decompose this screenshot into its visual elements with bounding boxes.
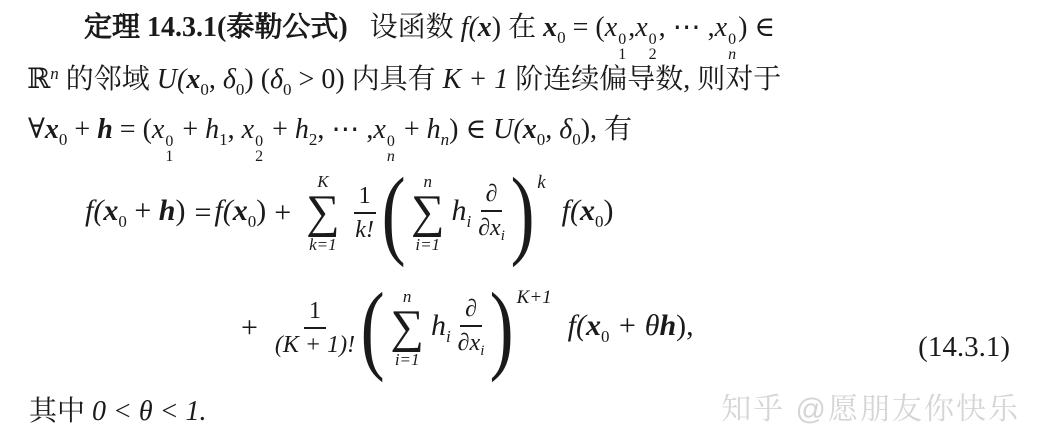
partial-derivative-fraction: ∂∂xi <box>458 296 485 360</box>
forall-symbol: ∀ <box>28 114 45 145</box>
math-token: 0 <box>255 134 263 149</box>
sigma-icon: ∑ <box>411 190 445 235</box>
math-token: h <box>659 309 676 342</box>
sum-lower-limit: i=1 <box>415 236 440 253</box>
math-token: n <box>728 47 736 62</box>
math-token: + <box>175 114 205 145</box>
sum-lower-limit: i=1 <box>395 351 420 368</box>
math-token: n <box>441 130 450 149</box>
math-token: h <box>295 114 309 145</box>
math-token: x <box>605 12 617 43</box>
math-token: 0 <box>649 32 657 47</box>
math-token: x <box>543 12 557 43</box>
math-token: f( <box>461 12 478 43</box>
h-i-term: hi <box>451 194 471 232</box>
math-token: x <box>715 12 727 43</box>
equation-number: (14.3.1) <box>918 331 1010 364</box>
math-token: x <box>478 12 492 43</box>
text-fragment: 其中 <box>29 396 92 427</box>
math-token: ), <box>581 114 604 145</box>
math-token: 0 <box>572 130 581 149</box>
math-token: 0 <box>283 80 292 99</box>
math-token: 0 <box>618 32 626 47</box>
big-right-paren: ) <box>490 287 514 369</box>
theorem-condition-line: 其中 0 < θ < 1. <box>29 394 207 430</box>
text-fragment: 设函数 <box>370 12 461 43</box>
math-token: h <box>431 309 446 342</box>
text-fragment: 有 <box>604 114 632 145</box>
math-token: x <box>45 114 59 145</box>
reals-symbol: ℝ <box>27 64 50 95</box>
math-token: + <box>265 114 295 145</box>
sum-i-symbol: n∑i=1 <box>411 173 445 253</box>
supsub-stack: 02 <box>255 134 263 164</box>
math-token: > 0) <box>292 64 352 95</box>
fraction-1-over-K1-factorial: 1(K + 1)! <box>275 298 355 359</box>
supsub-stack: 0n <box>728 32 736 62</box>
math-token: h <box>451 194 466 227</box>
math-token: + <box>127 194 159 227</box>
math-token: h <box>159 194 176 227</box>
math-token: x <box>635 12 647 43</box>
math-token: ) <box>449 114 465 145</box>
math-token: i <box>466 212 471 231</box>
math-token: x <box>580 194 595 227</box>
math-token: ∂x <box>458 330 481 356</box>
math-token: ), <box>676 309 694 342</box>
math-token: ) <box>492 12 508 43</box>
math-token: , ⋯ , <box>659 12 715 43</box>
math-token: 0 <box>165 134 173 149</box>
math-token: 2 <box>255 149 263 164</box>
math-token: + <box>397 114 427 145</box>
big-left-paren: ( <box>361 287 385 369</box>
math-token: f( <box>214 194 232 227</box>
math-token: i <box>501 228 505 244</box>
math-token: 1 <box>165 149 173 164</box>
math-token: x <box>586 309 601 342</box>
math-token: ) <box>738 12 754 43</box>
math-token: 1 <box>219 130 228 149</box>
math-token: 0 <box>728 32 736 47</box>
plus-sign: + <box>274 196 291 230</box>
numerator: 1 <box>354 183 376 214</box>
math-token: 0 <box>387 134 395 149</box>
text-fragment: 内具有 <box>352 64 443 95</box>
math-token: δ <box>223 64 236 95</box>
math-token: 2 <box>649 47 657 62</box>
math-token: n <box>50 64 59 83</box>
sigma-icon: ∑ <box>390 305 424 350</box>
sum-lower-limit: k=1 <box>309 236 337 253</box>
math-token: , <box>209 64 223 95</box>
math-token: 0 <box>200 80 209 99</box>
math-token: ) <box>175 194 185 227</box>
denominator: ∂xi <box>458 327 485 360</box>
remainder-term: f(x0 + θh), <box>568 309 694 347</box>
theorem-line-2: ℝn 的邻域 U(x0, δ0) (δ0 > 0) 内具有 K + 1 阶连续偏… <box>27 62 781 101</box>
sum-k-symbol: K∑k=1 <box>306 173 340 253</box>
math-token: 0 <box>557 28 566 47</box>
math-token: 0 <box>601 327 610 346</box>
supsub-stack: 02 <box>649 32 657 62</box>
denominator: ∂xi <box>478 212 505 245</box>
math-token: x <box>103 194 118 227</box>
math-token: x <box>152 114 164 145</box>
text-fragment: 的邻域 <box>59 64 157 95</box>
math-token: U( <box>157 64 187 95</box>
math-token: x <box>373 114 385 145</box>
math-token: ) <box>603 194 613 227</box>
math-token: = ( <box>113 114 152 145</box>
zhihu-watermark: 知乎 @愿朋友你快乐 <box>721 384 1020 428</box>
element-of-symbol: ∈ <box>754 12 775 43</box>
textbook-page: 定理 14.3.1(泰勒公式)设函数 f(x) 在 x0 = (x01,x02,… <box>0 0 1048 444</box>
math-token: x <box>523 114 537 145</box>
h-i-term: hi <box>431 309 451 347</box>
math-token: + <box>67 114 97 145</box>
math-token: x <box>233 194 248 227</box>
exponent-k: k <box>537 172 545 194</box>
exponent-K-plus-1: K+1 <box>517 287 552 309</box>
math-token: f( <box>568 309 586 342</box>
equation-line-1: f(x0 + h) = f(x0) + K∑k=1 1k! ( n∑i=1 hi… <box>85 172 613 254</box>
partial-derivative-fraction: ∂∂xi <box>478 181 505 245</box>
text-fragment: 阶连续偏导数, 则对于 <box>508 64 781 95</box>
numerator: ∂ <box>481 181 503 212</box>
math-token: K + 1 <box>443 64 509 95</box>
equation-lhs: f(x0 + h) <box>85 194 185 232</box>
math-token: x <box>242 114 254 145</box>
math-token: i <box>480 343 484 359</box>
math-token: h <box>97 114 113 145</box>
math-token: , <box>545 114 559 145</box>
math-token: ) <box>244 64 260 95</box>
supsub-stack: 01 <box>618 32 626 62</box>
fraction-1-over-k-factorial: 1k! <box>354 183 376 244</box>
math-token: , ⋯ , <box>317 114 373 145</box>
math-token: δ <box>270 64 283 95</box>
f-x0-term: f(x0) <box>214 194 266 232</box>
sigma-icon: ∑ <box>306 190 340 235</box>
element-of-symbol: ∈ <box>465 114 493 145</box>
theorem-title: 定理 14.3.1(泰勒公式) <box>84 12 348 43</box>
numerator: 1 <box>304 298 326 329</box>
math-token: i <box>446 327 451 346</box>
denominator: (K + 1)! <box>275 329 355 358</box>
plus-sign: + <box>241 311 258 345</box>
math-token: = ( <box>566 12 605 43</box>
math-token: 1 <box>618 47 626 62</box>
math-token: h <box>427 114 441 145</box>
math-token: 0 <box>118 212 127 231</box>
supsub-stack: 01 <box>165 134 173 164</box>
math-token: δ <box>559 114 572 145</box>
text-fragment: 在 <box>508 12 543 43</box>
theorem-line-3: ∀x0 + h = (x01 + h1, x02 + h2, ⋯ ,x0n + … <box>28 112 632 164</box>
math-token: h <box>205 114 219 145</box>
math-token: f( <box>562 194 580 227</box>
math-token: ∂x <box>478 215 501 241</box>
numerator: ∂ <box>460 296 482 327</box>
big-right-paren: ) <box>511 172 535 254</box>
math-token: 0 <box>248 212 257 231</box>
theorem-line-1: 定理 14.3.1(泰勒公式)设函数 f(x) 在 x0 = (x01,x02,… <box>84 10 775 62</box>
math-token: , <box>228 114 242 145</box>
math-token: f( <box>85 194 103 227</box>
equation-line-2: + 1(K + 1)! ( n∑i=1 hi ∂∂xi ) K+1 f(x0 +… <box>241 287 694 369</box>
f-x0-term: f(x0) <box>562 194 614 232</box>
math-token: ( <box>261 64 270 95</box>
big-left-paren: ( <box>381 172 405 254</box>
sum-i-symbol: n∑i=1 <box>390 288 424 368</box>
math-token: ) <box>256 194 266 227</box>
math-token: x <box>186 64 200 95</box>
math-token: + θ <box>610 309 660 342</box>
math-token: U( <box>493 114 523 145</box>
math-token: 0 < θ < 1. <box>92 396 207 427</box>
equals-sign: = <box>194 196 211 230</box>
math-token: 0 <box>537 130 546 149</box>
denominator: k! <box>355 214 374 243</box>
